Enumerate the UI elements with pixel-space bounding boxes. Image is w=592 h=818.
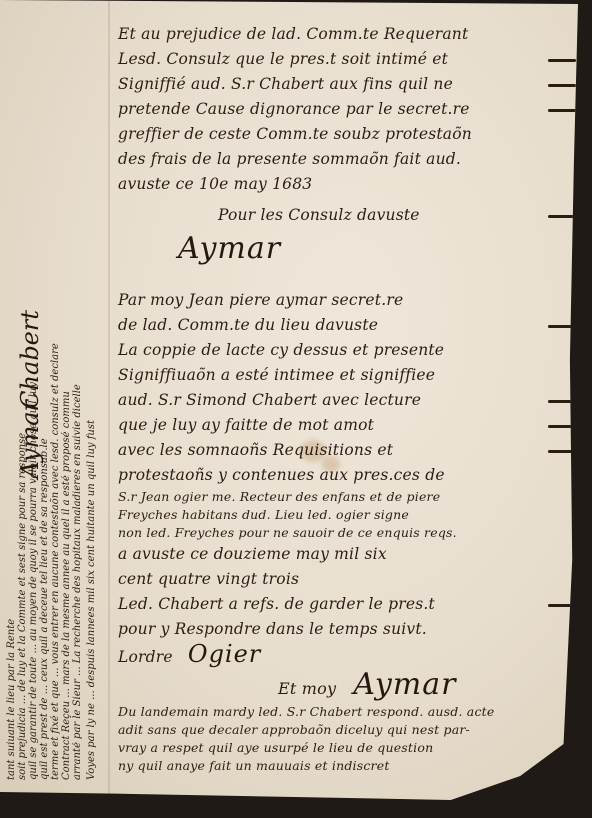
- main-text: Et au prejudice de lad. Comm.te Requeran…: [118, 22, 558, 775]
- margin-signature-aymar: Aymar: [16, 400, 44, 478]
- text-line: S.r Jean ogier me. Recteur des enfans et…: [118, 488, 558, 506]
- text-line: Signiffié aud. S.r Chabert aux fins quil…: [118, 72, 558, 97]
- text-line: pretende Cause dignorance par le secret.…: [118, 97, 558, 122]
- text-line: Signiffiuaõn a esté intimee et signiffie…: [118, 363, 558, 388]
- text-line: greffier de ceste Comm.te soubz protesta…: [118, 122, 558, 147]
- text-line: Freyches habitans dud. Lieu led. ogier s…: [118, 506, 558, 524]
- signature-ogier: Ogier: [188, 640, 261, 668]
- text-line: Lordre Ogier: [118, 642, 558, 667]
- margin-notes: tant suiuant le lieu par la Rente soit p…: [6, 20, 106, 790]
- text-line: de lad. Comm.te du lieu davuste: [118, 313, 558, 338]
- text-line: Lesd. Consulz que le pres.t soit intimé …: [118, 47, 558, 72]
- date-line: a avuste ce douzieme may mil six: [118, 542, 558, 567]
- text-line: avec les somnaoñs Requisitions et: [118, 438, 558, 463]
- text-line: ny quil anaye fait un mauuais et indiscr…: [118, 757, 558, 775]
- text-line: Et au prejudice de lad. Comm.te Requeran…: [118, 22, 558, 47]
- margin-line: terme et fixé et que ... vous entrer en …: [50, 20, 61, 780]
- manuscript-page: tant suiuant le lieu par la Rente soit p…: [0, 0, 578, 800]
- text-line: pour y Respondre dans le temps suivt.: [118, 617, 558, 642]
- signature-aymar: Aymar: [118, 228, 558, 270]
- text-line: que je luy ay faitte de mot amot: [118, 413, 558, 438]
- fold-crease: [108, 0, 110, 800]
- text-line: des frais de la presente sommaõn fait au…: [118, 147, 558, 172]
- date-line: avuste ce 10e may 1683: [118, 172, 558, 197]
- margin-line: arranté par le Sieur ... La recherche de…: [72, 20, 83, 780]
- text-line: vray a respet quil aye usurpé le lieu de…: [118, 739, 558, 757]
- margin-line: Contract Reçeu ... mars de la mesme anne…: [61, 20, 72, 780]
- signature-aymar-2: Aymar: [353, 667, 456, 702]
- date-line: cent quatre vingt trois: [118, 567, 558, 592]
- text-line: Par moy Jean piere aymar secret.re: [118, 288, 558, 313]
- attestation-line: Pour les Consulz davuste: [118, 203, 558, 228]
- margin-signature-chabert: Chabert: [16, 310, 44, 409]
- text-line: protestaoñs y contenues aux pres.ces de: [118, 463, 558, 488]
- text-line: Du landemain mardy led. S.r Chabert resp…: [118, 703, 558, 721]
- text-line: La coppie de lacte cy dessus et presente: [118, 338, 558, 363]
- text-line: adit sans que decaler approbaõn diceluy …: [118, 721, 558, 739]
- margin-line: Voyes par ly ne ... despuis lannees mil …: [86, 20, 97, 780]
- text-line: non led. Freyches pour ne sauoir de ce e…: [118, 524, 558, 542]
- text-line: Led. Chabert a refs. de garder le pres.t: [118, 592, 558, 617]
- signature-block: Et moy Aymar: [118, 667, 558, 703]
- text-line: aud. S.r Simond Chabert avec lecture: [118, 388, 558, 413]
